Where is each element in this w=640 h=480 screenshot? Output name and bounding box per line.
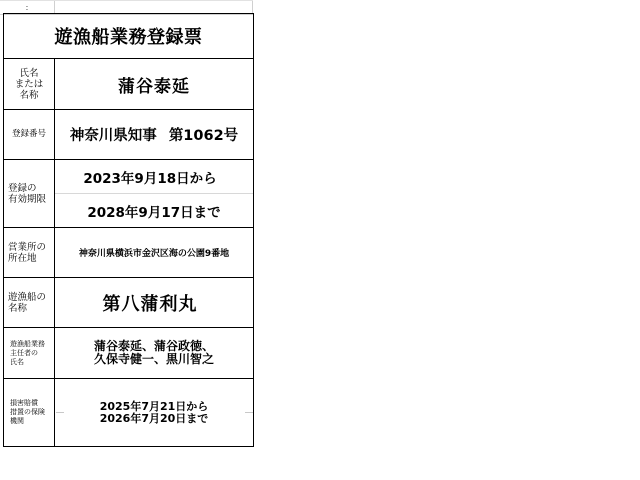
- row-name: 氏名 または 名称 蒲谷泰延: [4, 59, 253, 110]
- label-name: 氏名 または 名称: [4, 59, 55, 109]
- row-chief-officers: 遊漁船業務 主任者の 氏名 蒲谷泰延、蒲谷政徳、 久保寺健一、黒川智之: [4, 328, 253, 379]
- validity-to: 2028年9月17日まで: [55, 194, 253, 227]
- label-office-address: 営業所の 所在地: [4, 228, 55, 277]
- row-boat-name: 遊漁船の 名称 第八蒲利丸: [4, 278, 253, 328]
- row-insurance: 損害賠償 措置の保険 機関 2025年7月21日から 2026年7月20日まで: [4, 379, 253, 446]
- gridline-stub: [245, 412, 253, 413]
- value-validity: 2023年9月18日から 2028年9月17日まで: [55, 160, 253, 227]
- form-title: 遊漁船業務登録票: [55, 23, 203, 49]
- value-registration-number: 神奈川県知事 第1062号: [55, 110, 253, 159]
- label-boat-name: 遊漁船の 名称: [4, 278, 55, 327]
- label-registration-number: 登録番号: [4, 110, 55, 159]
- row-validity: 登録の 有効期限 2023年9月18日から 2028年9月17日まで: [4, 160, 253, 228]
- gridline-stub: [56, 412, 64, 413]
- label-chief-officers: 遊漁船業務 主任者の 氏名: [4, 328, 55, 378]
- value-boat-name: 第八蒲利丸: [55, 278, 253, 327]
- registration-number: 第1062号: [169, 124, 238, 145]
- value-office-address: 神奈川県横浜市金沢区海の公園9番地: [55, 228, 253, 277]
- registration-issuer: 神奈川県知事: [70, 124, 157, 145]
- row-office-address: 営業所の 所在地 神奈川県横浜市金沢区海の公園9番地: [4, 228, 253, 278]
- registration-form: 遊漁船業務登録票 氏名 または 名称 蒲谷泰延 登録番号 神奈川県知事 第106: [3, 13, 254, 447]
- row-registration-number: 登録番号 神奈川県知事 第1062号: [4, 110, 253, 160]
- spreadsheet-sheet: : 遊漁船業務登録票 氏名 または 名称 蒲谷泰延 登録番号 神奈: [0, 0, 640, 480]
- validity-from: 2023年9月18日から: [55, 160, 253, 194]
- label-validity: 登録の 有効期限: [4, 160, 55, 227]
- value-name: 蒲谷泰延: [55, 59, 253, 109]
- value-insurance: 2025年7月21日から 2026年7月20日まで: [55, 379, 253, 446]
- label-insurance: 損害賠償 措置の保険 機関: [4, 379, 55, 446]
- form-title-row: 遊漁船業務登録票: [4, 14, 253, 59]
- value-chief-officers: 蒲谷泰延、蒲谷政徳、 久保寺健一、黒川智之: [55, 328, 253, 378]
